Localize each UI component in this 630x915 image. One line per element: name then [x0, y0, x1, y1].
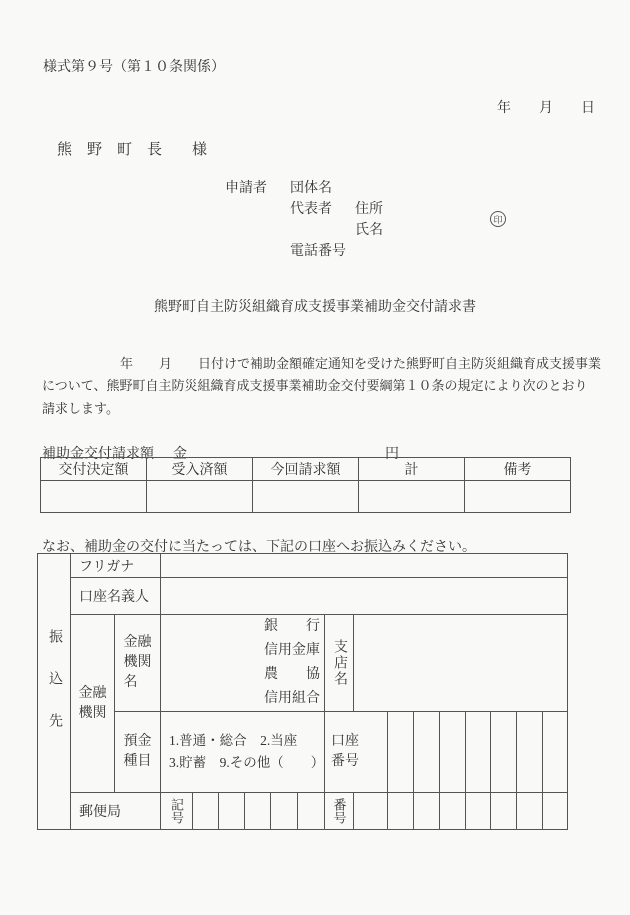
account-number-digit-box — [440, 712, 466, 793]
number-digit-box — [388, 793, 414, 830]
institution-type-nokyo: 農協 — [264, 663, 320, 687]
cell-current-request — [253, 481, 359, 513]
symbol-digit-box — [298, 793, 325, 830]
symbol-digit-box — [193, 793, 219, 830]
address-label: 住所 — [355, 198, 383, 218]
number-digit-box — [440, 793, 466, 830]
col-header-decided-amount: 交付決定額 — [41, 458, 147, 481]
body-line-2: について、熊野町自主防災組織育成支援事業補助金交付要綱第１０条の規定により次のと… — [42, 375, 602, 397]
institution-type-list: 銀行 信用金庫 農協 信用組合 — [264, 615, 320, 711]
col-header-received-amount: 受入済額 — [147, 458, 253, 481]
symbol-digit-box — [219, 793, 245, 830]
financial-institution-label-cell: 金融機関 — [71, 615, 115, 793]
account-holder-label: 口座名義人 — [71, 578, 161, 615]
date-line: 年 月 日 — [497, 97, 595, 117]
symbol-digit-box — [245, 793, 271, 830]
institution-type-bank: 銀行 — [264, 615, 320, 639]
account-number-digit-box — [388, 712, 414, 793]
number-digit-box — [354, 793, 388, 830]
document-title: 熊野町自主防災組織育成支援事業補助金交付請求書 — [0, 296, 630, 316]
number-digit-box — [466, 793, 491, 830]
col-header-current-request: 今回請求額 — [253, 458, 359, 481]
col-header-total: 計 — [359, 458, 465, 481]
cell-decided-amount — [41, 481, 147, 513]
cell-remarks — [465, 481, 571, 513]
name-label: 氏名 — [355, 219, 383, 239]
transfer-account-table: 振込先 フリガナ 口座名義人 金融機関 金融機関名 銀行 信用金庫 農協 信用組… — [37, 553, 568, 830]
cell-received-amount — [147, 481, 253, 513]
applicant-label: 申請者 — [225, 177, 267, 197]
institution-type-shinkin: 信用金庫 — [264, 639, 320, 663]
number-digit-box — [414, 793, 440, 830]
financial-institution-label: 金融機関 — [79, 684, 107, 724]
body-paragraph: 年 月 日付けで補助金額確定通知を受けた熊野町自主防災組織育成支援事業 について… — [42, 353, 602, 420]
account-number-digit-box — [543, 712, 568, 793]
institution-type-credit-union: 信用組合 — [264, 687, 320, 711]
branch-name-label-cell: 支店名 — [325, 615, 354, 712]
institution-name-label: 金融機関名 — [124, 633, 152, 693]
institution-type-cell: 銀行 信用金庫 農協 信用組合 — [161, 615, 325, 712]
representative-label: 代表者 — [290, 198, 332, 218]
number-digit-box — [517, 793, 543, 830]
body-line-3: 請求します。 — [42, 398, 602, 420]
symbol-label-cell: 記号 — [161, 793, 193, 830]
account-number-digit-box — [466, 712, 491, 793]
symbol-label: 記号 — [167, 798, 186, 824]
col-header-remarks: 備考 — [465, 458, 571, 481]
institution-name-label-cell: 金融機関名 — [115, 615, 161, 712]
account-number-label-cell: 口座番号 — [325, 712, 388, 793]
deposit-type-options-cell: 1.普通・総合 2.当座 3.貯蓄 9.その他（ ） — [161, 712, 325, 793]
branch-name-value-cell — [354, 615, 568, 712]
account-number-label: 口座番号 — [331, 732, 367, 772]
seal-mark-text: 印 — [493, 213, 502, 226]
seal-mark-icon: 印 — [490, 211, 506, 227]
request-amount-table: 交付決定額 受入済額 今回請求額 計 備考 — [40, 457, 571, 513]
deposit-type-label-cell: 預金種目 — [115, 712, 161, 793]
symbol-digit-box — [271, 793, 298, 830]
cell-total — [359, 481, 465, 513]
form-number: 様式第９号（第１０条関係） — [43, 56, 225, 76]
number-label: 番号 — [330, 798, 349, 824]
transfer-row-header-text: 振込先 — [44, 629, 64, 755]
addressee: 熊 野 町 長 様 — [57, 138, 207, 159]
body-line-1: 年 月 日付けで補助金額確定通知を受けた熊野町自主防災組織育成支援事業 — [42, 353, 602, 375]
furigana-value-cell — [161, 554, 568, 578]
deposit-type-label: 預金種目 — [124, 732, 152, 772]
transfer-row-header: 振込先 — [38, 554, 71, 830]
document-page: { "page": { "form_number": "様式第９号（第１０条関係… — [0, 0, 630, 915]
account-number-digit-box — [517, 712, 543, 793]
account-holder-value-cell — [161, 578, 568, 615]
branch-name-label: 支店名 — [329, 639, 349, 687]
furigana-label: フリガナ — [71, 554, 161, 578]
number-digit-box — [543, 793, 568, 830]
number-digit-box — [491, 793, 517, 830]
post-office-label: 郵便局 — [71, 793, 161, 830]
account-number-digit-box — [491, 712, 517, 793]
deposit-type-options-line-1: 1.普通・総合 2.当座 — [161, 730, 324, 752]
account-number-digit-box — [414, 712, 440, 793]
group-name-label: 団体名 — [290, 177, 332, 197]
deposit-type-options-line-2: 3.貯蓄 9.その他（ ） — [161, 752, 324, 774]
number-label-cell: 番号 — [325, 793, 354, 830]
phone-label: 電話番号 — [290, 240, 346, 260]
